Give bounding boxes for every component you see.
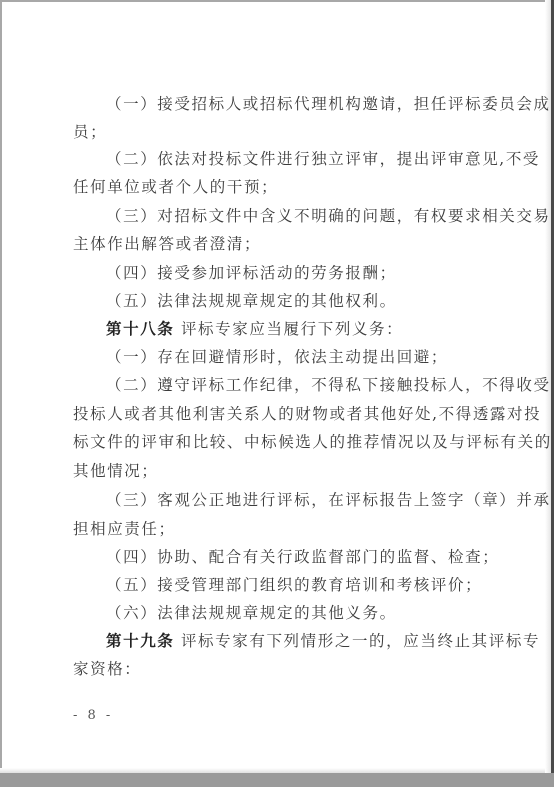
document-page: （一）接受招标人或招标代理机构邀请，担任评标委员会成员；（二）依法对投标文件进行… [0,0,554,787]
article-heading-line: 第十九条 评标专家有下列情形之一的，应当终止其评标专 [106,631,540,651]
paragraph-line: （三）对招标文件中含义不明确的问题，有权要求相关交易 [106,206,551,226]
article-heading-line: 第十八条 评标专家应当履行下列义务： [106,319,403,339]
line-text: 投标人或者其他利害关系人的财物或者其他好处,不得透露对投 [73,405,541,423]
line-text: 标文件的评审和比较、中标候选人的推荐情况以及与评标有关的 [73,433,552,451]
line-text: （二）依法对投标文件进行独立评审，提出评审意见,不受 [106,150,540,168]
paragraph-line: 员； [73,122,107,142]
page-number: - 8 - [73,708,113,723]
paragraph-line: （五）接受管理部门组织的教育培训和考核评价； [106,575,482,595]
line-text: （五）接受管理部门组织的教育培训和考核评价； [106,576,482,594]
line-text: 担相应责任； [73,520,176,538]
line-text: 主体作出解答或者澄清； [73,235,261,253]
line-text: 评标专家有下列情形之一的，应当终止其评标专 [181,632,540,650]
line-text: （三）对招标文件中含义不明确的问题，有权要求相关交易 [106,207,551,225]
paragraph-line: （二）依法对投标文件进行独立评审，提出评审意见,不受 [106,149,540,169]
article-number: 第十八条 [106,319,174,338]
line-text: （二）遵守评标工作纪律，不得私下接触投标人，不得收受 [106,376,551,394]
line-text: 员； [73,123,107,141]
paragraph-line: （四）协助、配合有关行政监督部门的监督、检查； [106,547,499,567]
paragraph-line: 投标人或者其他利害关系人的财物或者其他好处,不得透露对投 [73,404,541,424]
line-text: （一）接受招标人或招标代理机构邀请，担任评标委员会成 [106,95,551,113]
paragraph-line: （一）存在回避情形时，依法主动提出回避； [106,347,448,367]
line-text: （三）客观公正地进行评标，在评标报告上签字（章）并承 [106,491,551,509]
paragraph-line: （二）遵守评标工作纪律，不得私下接触投标人，不得收受 [106,375,551,395]
line-text: 家资格： [73,660,141,678]
line-text: 其他情况； [73,462,159,480]
line-text: （四）协助、配合有关行政监督部门的监督、检查； [106,548,499,566]
paragraph-line: 标文件的评审和比较、中标候选人的推荐情况以及与评标有关的 [73,432,552,452]
line-text: 任何单位或者个人的干预； [73,178,278,196]
paragraph-line: （五）法律法规规章规定的其他权利。 [106,291,397,311]
line-text: （六）法律法规规章规定的其他义务。 [106,604,397,622]
paragraph-line: （六）法律法规规章规定的其他义务。 [106,603,397,623]
line-text: （一）存在回避情形时，依法主动提出回避； [106,348,448,366]
paragraph-line: 其他情况； [73,461,159,481]
paragraph-line: 担相应责任； [73,519,176,539]
paragraph-line: 任何单位或者个人的干预； [73,177,278,197]
article-number: 第十九条 [106,631,174,650]
paragraph-line: 家资格： [73,659,141,679]
paragraph-line: 主体作出解答或者澄清； [73,234,261,254]
paragraph-line: （四）接受参加评标活动的劳务报酬； [106,263,397,283]
line-text: 评标专家应当履行下列义务： [181,320,403,338]
paragraph-line: （三）客观公正地进行评标，在评标报告上签字（章）并承 [106,490,551,510]
line-text: （四）接受参加评标活动的劳务报酬； [106,264,397,282]
line-text: （五）法律法规规章规定的其他权利。 [106,292,397,310]
paragraph-line: （一）接受招标人或招标代理机构邀请，担任评标委员会成 [106,94,551,114]
